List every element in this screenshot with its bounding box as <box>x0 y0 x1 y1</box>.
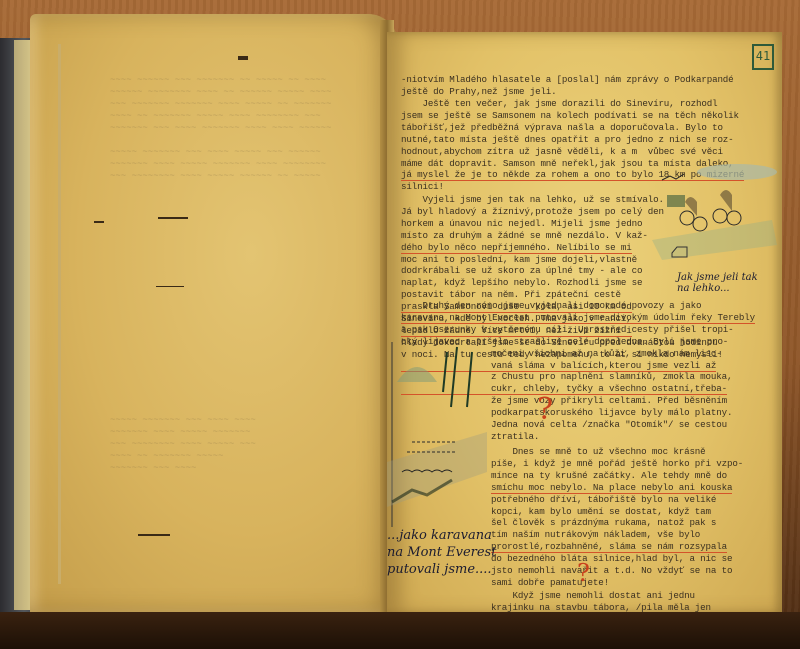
question-mark-annotation: ? <box>537 392 553 427</box>
text-line: ještě do Prahy,než jsme jeli. <box>401 86 557 97</box>
text-line: šel člověk s prázdnýma rukama, natož pak… <box>491 517 716 528</box>
text-line: Já byl hladový a žíznivý,protože jsem po… <box>401 206 664 217</box>
text-line: dého bylo něco nepříjemného. Nelíbilo se… <box>401 242 632 254</box>
text-line: a pak Oserunky k vytčenému cíli. Uprostř… <box>401 324 734 335</box>
text-line: místo za druhým a žádné se mně nezdálo. … <box>401 230 648 241</box>
text-line: potřebného dříví, tábořiště bylo na veli… <box>491 494 716 505</box>
text-line: nutné,tato místa ještě dnes opatřit a pr… <box>401 134 734 145</box>
text-line: Druhý den ráno jsme vyjednali domorodé p… <box>401 300 701 311</box>
text-line: silnici! <box>401 181 444 192</box>
text-line: Ještě ten večer, jak jsme dorazili do Si… <box>401 98 717 109</box>
ink-dash <box>138 534 170 536</box>
caption-line: na Mont Everest <box>387 544 496 561</box>
text-line: sami dobře pamatujete! <box>491 577 609 588</box>
text-line: moc ani to poslední, kam jsme dojeli,vla… <box>401 254 637 265</box>
text-line: Dnes se mně to už všechno moc krásně <box>491 446 706 457</box>
text-line: píše, i když je mně pořád ještě horko př… <box>491 458 743 469</box>
text-line: prorostlé,rozbahněné, sláma se nám rozsy… <box>491 541 727 553</box>
text-line: tím naším nutrákovým nákladem, vše bylo <box>491 529 700 540</box>
caravan-sketch-caption: ...jako karavanana Mont Everestputovali … <box>387 527 496 578</box>
ink-dash <box>156 286 184 287</box>
ink-mark <box>238 56 248 60</box>
paragraph-5: Dnes se mně to už všechno moc krásně píš… <box>491 446 743 589</box>
cyclists-sketch-caption: Jak jsme jeli tak na lehko... <box>677 272 767 294</box>
text-line: mínce na ty krušné začátky. Ale tehdy mn… <box>491 470 727 481</box>
cyclists-sketch-icon <box>642 150 782 290</box>
text-line: postavit tábor na něm. Při zpáteční cest… <box>401 289 621 300</box>
right-page: 41 -niotvím Mladého hlasatele a [poslal]… <box>387 32 782 614</box>
text-line: kopci, kam bylo umění se dostat, když ta… <box>491 506 711 517</box>
text-line: horkem a únavou nic nejedl. Mijeli jsme … <box>401 218 642 229</box>
text-line: karavana na Mont Everest putovali jsme d… <box>401 312 755 324</box>
table-shadow <box>0 612 800 649</box>
text-line: do bezedného bláta silnice,hlad byl, a n… <box>491 553 732 564</box>
text-line: Když jsme nemohli dostat ani jednu <box>491 590 695 601</box>
bleed-through-text: ~~~~ ~~~~~~ ~~~ ~~~~~~~ ~~ ~~~~~ ~~ ~~~~… <box>110 74 331 182</box>
left-page: ~~~~ ~~~~~~ ~~~ ~~~~~~~ ~~ ~~~~~ ~~ ~~~~… <box>30 14 398 612</box>
ink-dash <box>158 217 188 219</box>
text-line: smíchu moc nebylo. Na place nebylo ani k… <box>491 482 732 494</box>
caption-line: putovali jsme.... <box>387 561 496 578</box>
text-line: -niotvím Mladého hlasatele a [poslal] ná… <box>401 74 734 85</box>
paragraph-1: -niotvím Mladého hlasatele a [poslal] ná… <box>401 74 734 98</box>
text-line: Vyjeli jsme jen tak na lehko, už se stmí… <box>401 194 664 205</box>
bleed-through-text: ~~~~~ ~~~~~~~ ~~~ ~~~~ ~~~~ ~~~~~~~ ~~~~… <box>110 414 256 474</box>
text-line: jsem se ještě se Samsonem na kolech podí… <box>401 110 739 121</box>
text-line: tábořišť,jež předběžná výprava našla a d… <box>401 122 723 133</box>
text-line: naplat, když lepšího nebylo. Rozhodli js… <box>401 277 642 288</box>
caravan-sketch-icon <box>387 342 487 527</box>
page-number: 41 <box>752 44 774 70</box>
binding-line <box>58 44 61 584</box>
caption-line: ...jako karavana <box>387 527 496 544</box>
text-line: jsto nemohli navařit a t.d. No vždyť se … <box>491 565 732 576</box>
text-line: dodrkrábali se už skoro za úplné tmy - a… <box>401 265 642 276</box>
ink-dash <box>94 221 104 223</box>
question-mark-annotation: ? <box>577 559 590 587</box>
